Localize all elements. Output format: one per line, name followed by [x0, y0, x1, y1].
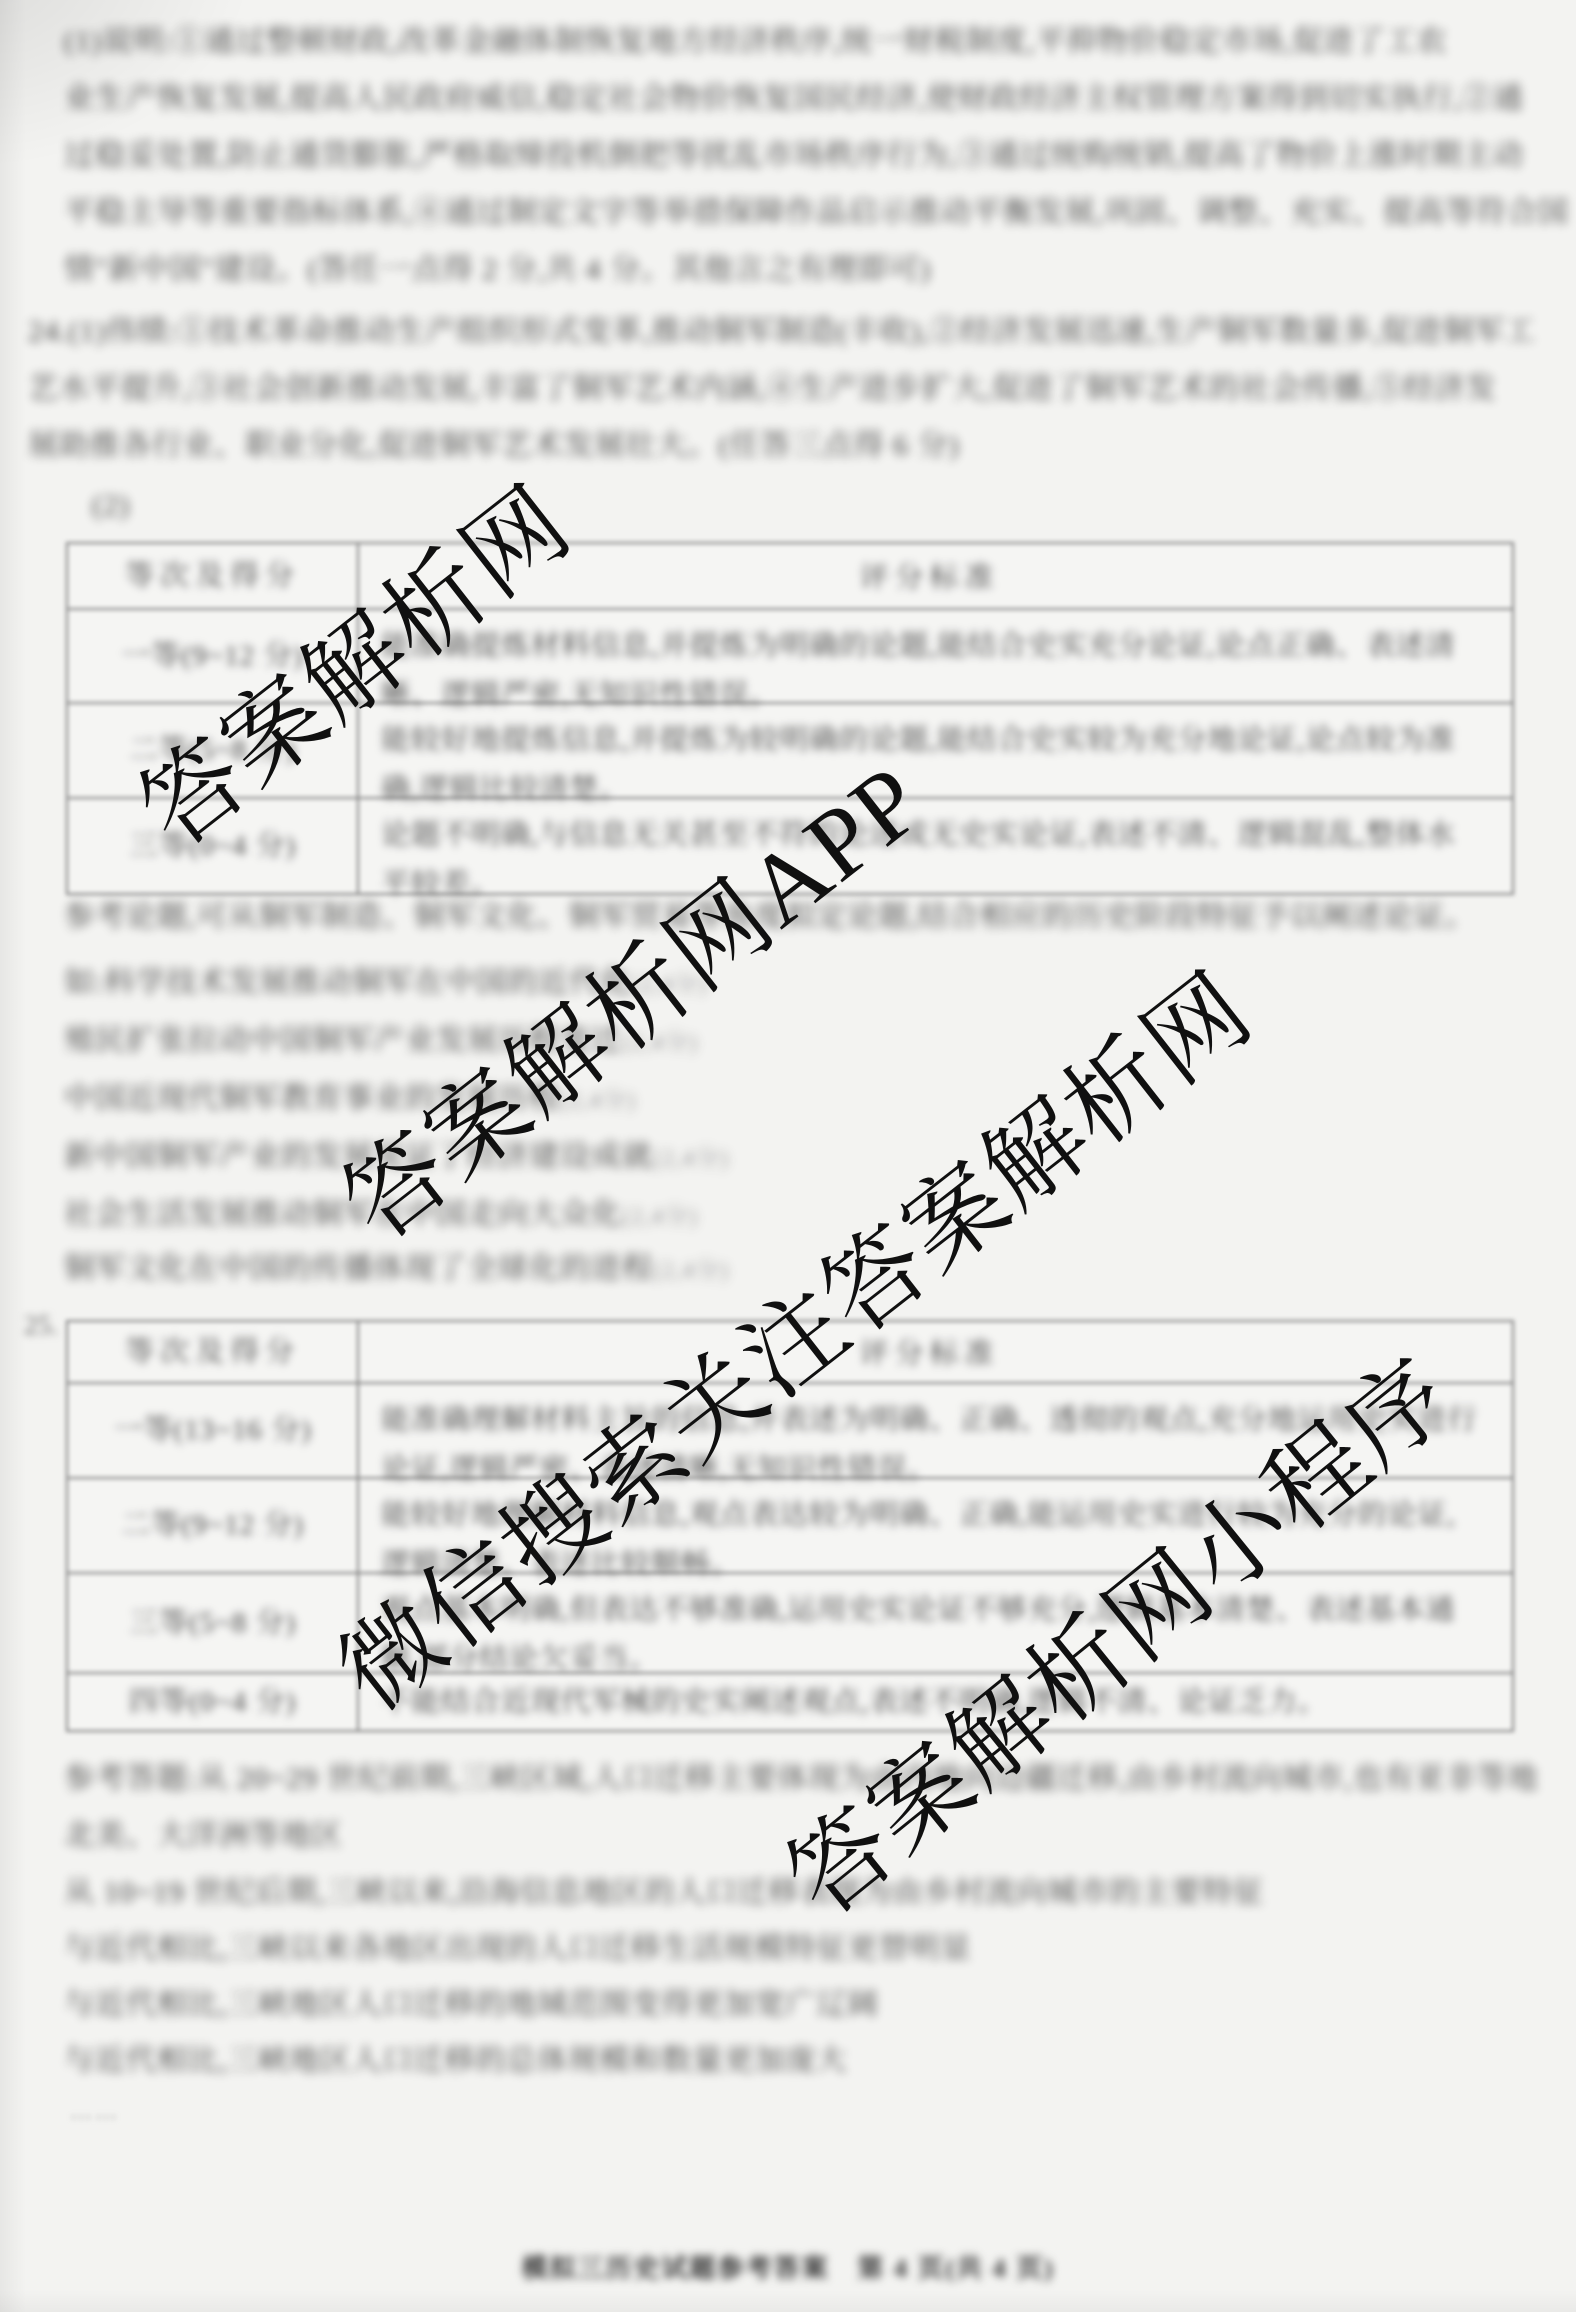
topic-score-marker: (2,4分) — [653, 1146, 729, 1172]
text-line: 与近代相比,三峡地区人口迁移的地域范围变得更加宽广辽阔 — [64, 1979, 879, 2023]
table2-row3-criteria: 观点基本明确,但表达不够准确,运用史实论证不够充分,逻辑基本清楚、表述基本通顺,… — [359, 1574, 1512, 1674]
table1-row1-criteria: 能准确提炼材料信息,并提炼为明确的论题,能结合史实充分论证,论点正确、表述清晰、… — [359, 610, 1512, 704]
table2-header-grade: 等次及得分 — [68, 1322, 359, 1384]
table1-row1-criteria-text: 能准确提炼材料信息,并提炼为明确的论题,能结合史实充分论证,论点正确、表述清晰、… — [381, 622, 1478, 720]
text-line: 艺水平提升,③社会创新推动发展,丰富了铜军艺术内涵,④生产进步扩大,促进了铜军艺… — [28, 363, 1497, 407]
table1-header-grade: 等次及得分 — [68, 544, 359, 610]
rubric-table-2: 等次及得分 评分标准 一等(13~16 分) 能准确理解材料主旨的信息,并表述为… — [66, 1320, 1514, 1732]
table2-row2-criteria: 能较好地理解材料信息,观点表达较为明确、正确,能运用史实进行较为充分的论证,逻辑… — [359, 1479, 1512, 1574]
table2-header-criteria-text: 评分标准 — [859, 1330, 999, 1379]
table2-row4-criteria-text: 不能结合近现代军械的史实阐述观点,表述不明确,逻辑不清、论证乏力。 — [381, 1678, 1328, 1727]
text-line: (1)说明:①通过整顿财政,改革金融体制恢复地方经济秩序,统一财税制度,平抑物价… — [64, 16, 1447, 60]
table2-header-criteria: 评分标准 — [359, 1322, 1512, 1384]
table2-row3-grade: 三等(5~8 分) — [68, 1574, 359, 1674]
topic-score-marker: (2,4分) — [631, 972, 707, 998]
text-line: 北美、大洋洲等地区 — [64, 1810, 343, 1854]
table2-header-grade-text: 等次及得分 — [125, 1328, 300, 1377]
text-line: 情"新中国"建设。(答任一点得 2 分,共 4 分。其他言之有理即可) — [64, 244, 931, 288]
topic-text: 殖民扩张拉动中国铜军产业发展历程变迁 — [64, 1024, 622, 1057]
text-line: 参考答题:从 20~29 世纪前期,三峡区域,人口迁移主要体现为由内地向边疆迁移… — [64, 1753, 1539, 1797]
table2-row4-grade: 四等(0~4 分) — [68, 1674, 359, 1730]
table2-row1-grade-text: 一等(13~16 分) — [113, 1406, 311, 1455]
topic-example: 殖民扩张拉动中国铜军产业发展历程变迁(2,4分) — [64, 1015, 698, 1059]
scanned-answer-page: (1)说明:①通过整顿财政,改革金融体制恢复地方经济秩序,统一财税制度,平抑物价… — [0, 0, 1576, 2312]
topic-example: 社会生活发展推动铜军在中国走向大众化(2,4分) — [64, 1189, 698, 1233]
topic-text: 社会生活发展推动铜军在中国走向大众化 — [64, 1198, 622, 1231]
topic-example: 中国近现代铜军教育事业的发展历程(2,4分) — [64, 1073, 636, 1117]
table2-row1-criteria: 能准确理解材料主旨的信息,并表述为明确、正确、透彻的观点,充分地运用史实进行论证… — [359, 1384, 1512, 1479]
topic-score-marker: (2,4分) — [560, 1088, 636, 1114]
table2-row3-grade-text: 三等(5~8 分) — [129, 1599, 296, 1648]
topic-score-marker: (2,4分) — [622, 1030, 698, 1056]
table2-row3-criteria-text: 观点基本明确,但表达不够准确,运用史实论证不够充分,逻辑基本清楚、表述基本通顺,… — [381, 1586, 1478, 1684]
table2-row1-grade: 一等(13~16 分) — [68, 1384, 359, 1479]
question-25-label: 25. — [24, 1310, 58, 1341]
table1-row2-grade: 二等(5~8 分) — [68, 704, 359, 799]
text-line: 与近代相比,三峡以来各地区出现的人口迁移生活规模特征更替明显 — [64, 1923, 972, 1967]
topic-text: 新中国铜军产业的发展见证了经济建设成就 — [64, 1140, 653, 1173]
table1-row2-grade-text: 二等(5~8 分) — [129, 726, 296, 775]
table1-header-criteria-text: 评分标准 — [859, 554, 999, 603]
text-line: 展助推各行业、职业分化,促进铜军艺术发展壮大。(任答三点得 6 分) — [28, 420, 959, 464]
table1-row3-grade: 三等(0~4 分) — [68, 799, 359, 893]
table2-row2-grade: 二等(9~12 分) — [68, 1479, 359, 1574]
table1-header-grade-text: 等次及得分 — [125, 552, 300, 601]
table1-header-criteria: 评分标准 — [359, 544, 1512, 610]
page-footer: 模拟三历史试题参考答案 第 4 页(共 4 页) — [0, 2248, 1576, 2285]
table2-row2-criteria-text: 能较好地理解材料信息,观点表达较为明确、正确,能运用史实进行较为充分的论证,逻辑… — [381, 1491, 1478, 1589]
topic-text: 如:科学技术发展推动铜军在中国的近代化 — [64, 966, 631, 999]
topic-score-marker: (2,4分) — [653, 1258, 729, 1284]
table2-row2-grade-text: 二等(9~12 分) — [121, 1501, 304, 1550]
table1-row2-criteria-text: 能较好地提炼信息,并提炼为较明确的论题,能结合史实较为充分地论证,论点较为准确,… — [381, 716, 1478, 814]
topic-intro-line: 参考论题,可从铜军制造、铜军文化、铜军贸易等角度拟定论题,结合相应的历史阶段特征… — [64, 891, 1476, 935]
topic-text: 中国近现代铜军教育事业的发展历程 — [64, 1082, 560, 1115]
table1-row2-criteria: 能较好地提炼信息,并提炼为较明确的论题,能结合史实较为充分地论证,论点较为准确,… — [359, 704, 1512, 799]
subquestion-2-label: (2) — [92, 489, 130, 523]
table1-row3-grade-text: 三等(0~4 分) — [129, 822, 296, 871]
table2-row1-criteria-text: 能准确理解材料主旨的信息,并表述为明确、正确、透彻的观点,充分地运用史实进行论证… — [381, 1396, 1478, 1494]
stray-scan-mark: ⋯⋯ — [70, 2104, 120, 2130]
topic-text: 铜军文化在中国的传播体现了全球化的进程 — [64, 1252, 653, 1285]
table1-row1-grade: 一等(9~12 分) — [68, 610, 359, 704]
text-line: 24.(1)伟绩:①技术革命推动生产组织形式变革,推动铜军制造(丰收),②经济发… — [28, 306, 1536, 350]
text-line: 与近代相比,三峡地区人口迁移的总体规模和数量更加庞大 — [64, 2035, 848, 2079]
text-line: 业生产恢复发展,提高人民政府威信,稳定社会物价恢复国民经济,使财政经济主权管理方… — [64, 73, 1524, 117]
text-line: 从 10~19 世纪后期,三峡以来,沿海信息地区的人口迁移表现为由乡村流向城市的… — [64, 1867, 1264, 1911]
table1-row1-grade-text: 一等(9~12 分) — [121, 632, 304, 681]
table1-row3-criteria: 论题不明确,与信息无关甚至不符的论述或无史实论证,表述不清、逻辑混乱,整体水平较… — [359, 799, 1512, 893]
topic-score-marker: (2,4分) — [622, 1204, 698, 1230]
rubric-table-1: 等次及得分 评分标准 一等(9~12 分) 能准确提炼材料信息,并提炼为明确的论… — [66, 542, 1514, 895]
topic-example: 如:科学技术发展推动铜军在中国的近代化(2,4分) — [64, 957, 707, 1001]
topic-example: 新中国铜军产业的发展见证了经济建设成就(2,4分) — [64, 1131, 729, 1175]
text-line: 平稳主导等重要指标体系,④通过制定文字等举措保障作品启示推动平衡发展,巩固、调整… — [64, 187, 1569, 231]
table2-row4-grade-text: 四等(0~4 分) — [129, 1678, 296, 1727]
text-line: 过稳妥处置,防止通货膨胀,严格取缔投机倒把等扰乱市场秩序行为,③通过统购统销,提… — [64, 130, 1524, 174]
topic-example: 铜军文化在中国的传播体现了全球化的进程(2,4分) — [64, 1243, 729, 1287]
